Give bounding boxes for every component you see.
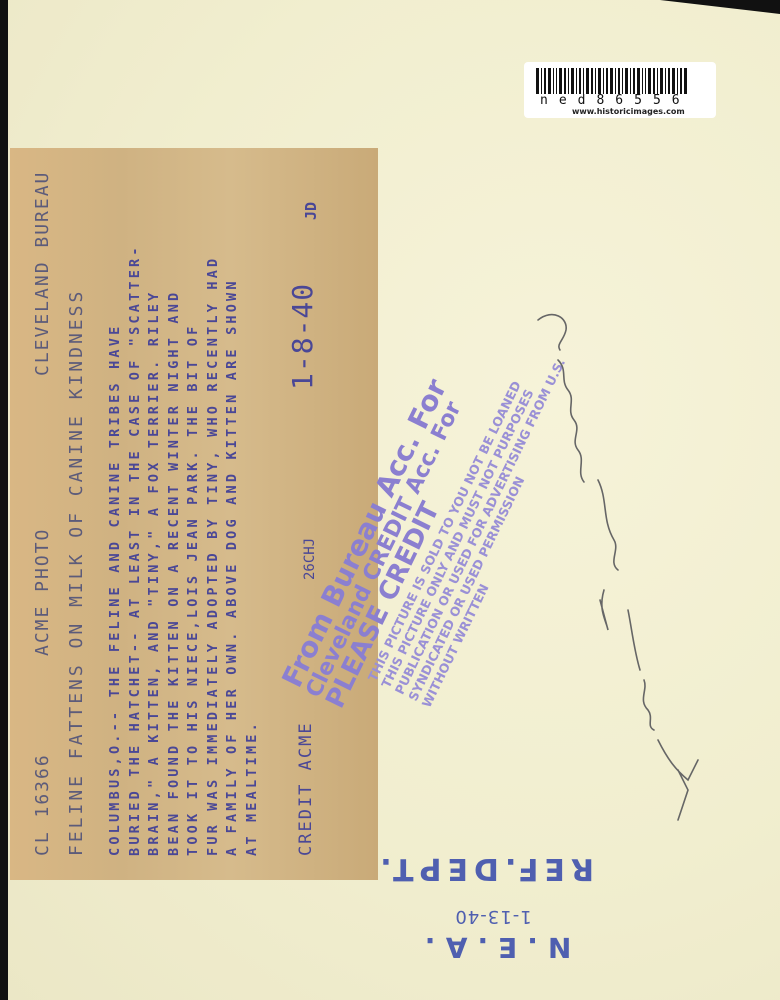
nea-date: 1-13-40 [388,906,598,927]
caption-bureau: CLEVELAND BUREAU [32,171,53,376]
barcode-url: www.historicimages.com [572,107,685,116]
barcode-icon [536,68,704,94]
barcode-sticker: ned86556 www.historicimages.com [524,62,716,118]
caption-agency: ACME PHOTO [32,528,53,656]
nea-agency: N.E.A. [388,931,598,964]
caption-line: TOOK IT TO HIS NIECE,LOIS JEAN PARK. THE… [184,156,204,856]
caption-label-text: CL 16366 ACME PHOTO CLEVELAND BUREAU FEL… [10,148,378,880]
caption-line: COLUMBUS,O.-- THE FELINE AND CANINE TRIB… [106,156,126,856]
caption-line: FUR WAS IMMEDIATELY ADOPTED BY TINY, WHO… [204,156,224,856]
nea-dept: REF.DEPT. [388,851,598,886]
handwritten-note [528,300,758,840]
caption-line: BURIED THE HATCHET-- AT LEAST IN THE CAS… [126,156,146,856]
caption-line: BEAN FOUND THE KITTEN ON A RECENT WINTER… [165,156,185,856]
caption-headline: FELINE FATTENS ON MILK OF CANINE KINDNES… [66,289,87,856]
caption-label: CL 16366 ACME PHOTO CLEVELAND BUREAU FEL… [10,148,378,880]
page-corner-shadow [660,0,780,14]
caption-line: A FAMILY OF HER OWN. ABOVE DOG AND KITTE… [223,156,243,856]
caption-id: CL 16366 [32,753,53,856]
caption-initials: JD [302,202,320,220]
caption-line: BRAIN," A KITTEN, AND "TINY," A FOX TERR… [145,156,165,856]
caption-body: COLUMBUS,O.-- THE FELINE AND CANINE TRIB… [106,156,262,856]
caption-credit: CREDIT ACME [296,721,316,856]
caption-code: 26CHJ [302,538,318,580]
caption-date: 1-8-40 [286,283,319,390]
caption-line: AT MEALTIME. [243,156,263,856]
photo-back-page: ned86556 www.historicimages.com CL 16366… [8,0,780,1000]
nea-ref-stamp: N.E.A. 1-13-40 REF.DEPT. [388,820,598,970]
barcode-number: ned86556 [540,93,704,108]
